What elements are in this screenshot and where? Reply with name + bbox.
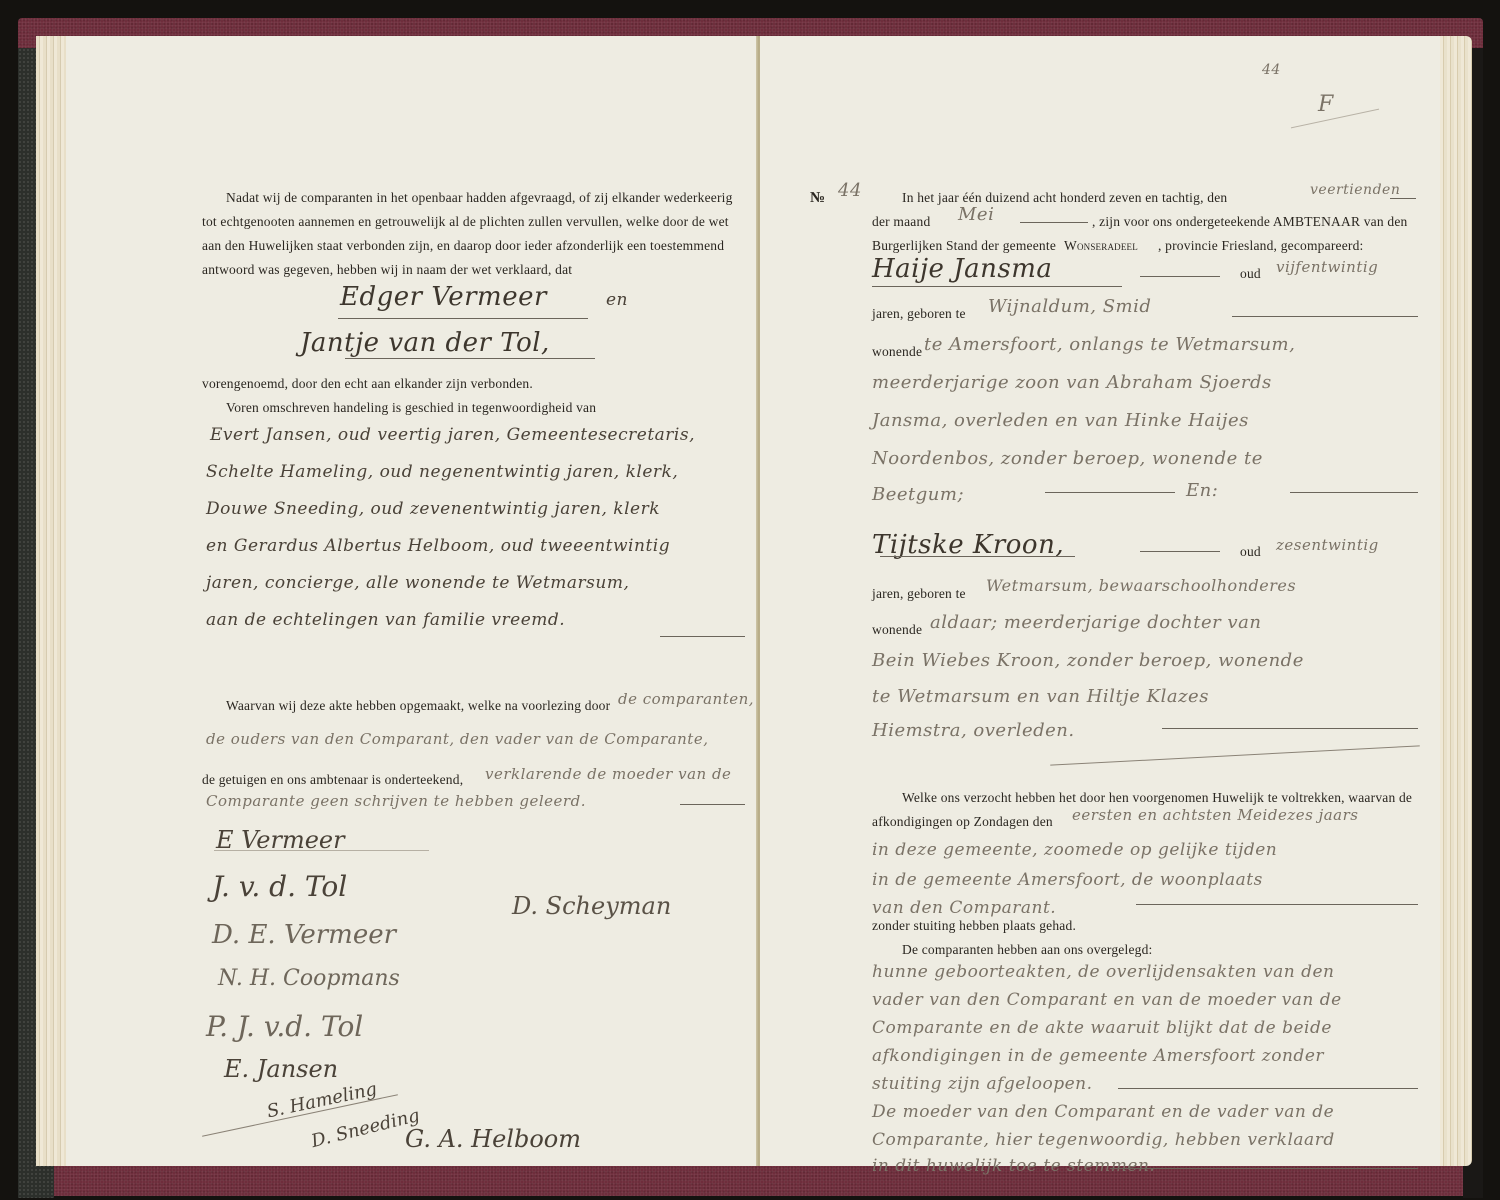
documents-intro: De comparanten hebben aan ons overgelegd… — [902, 938, 1152, 962]
page-stack-left — [36, 36, 66, 1166]
document-end-rule — [1118, 1088, 1418, 1089]
signature: E. Jansen — [224, 1055, 338, 1083]
groom-living-label: wonende — [872, 340, 922, 364]
groom-name-underline — [338, 318, 588, 319]
groom-details-rule — [1045, 492, 1175, 493]
groom-name-right: Haije Jansma — [872, 254, 1052, 284]
banns-line: in de gemeente Amersfoort, de woonplaats — [872, 870, 1263, 890]
document-line: hunne geboorteakten, de overlijdensakten… — [872, 962, 1334, 982]
signature: N. H. Coopmans — [218, 966, 400, 991]
banns-line: eersten en achtsten Meidezes jaars — [1072, 806, 1359, 824]
bride-details-line: aldaar; meerderjarige dochter van — [930, 612, 1261, 633]
and-rule — [1290, 492, 1418, 493]
groom-born: Wijnaldum, Smid — [988, 296, 1151, 317]
closing-hand-1: de comparanten, — [618, 690, 754, 708]
closing-end-rule — [680, 804, 745, 805]
day-handwritten: veertienden — [1310, 182, 1400, 198]
page-stack-right — [1440, 36, 1472, 1166]
groom-name-underline-right — [872, 286, 1122, 287]
signature: P. J. v.d. Tol — [206, 1010, 363, 1043]
act-number-label: № — [810, 186, 825, 210]
groom-details-line: te Amersfoort, onlangs te Wetmarsum, — [924, 334, 1295, 355]
registrar-signature: D. Scheyman — [512, 892, 671, 920]
intro-line: tot echtgenooten aannemen en getrouwelij… — [202, 210, 729, 234]
document-line: Comparante en de akte waaruit blijkt dat… — [872, 1018, 1332, 1038]
witnesses-intro: Voren omschreven handeling is geschied i… — [226, 396, 596, 420]
witness-line: jaren, concierge, alle wonende te Wetmar… — [206, 573, 629, 593]
signature: G. A. Helboom — [405, 1125, 581, 1153]
bride-living-label: wonende — [872, 618, 922, 642]
witness-line: aan de echtelingen van familie vreemd. — [206, 610, 565, 630]
groom-details-line: meerderjarige zoon van Abraham Sjoerds — [872, 372, 1272, 393]
groom-details-line: Noordenbos, zonder beroep, wonende te — [872, 448, 1263, 469]
document-line: Comparante, hier tegenwoordig, hebben ve… — [872, 1130, 1335, 1150]
closing-hand-4: Comparante geen schrijven te hebben gele… — [206, 792, 586, 810]
bride-details-line: Bein Wiebes Kroon, zonder beroep, wonend… — [872, 650, 1304, 671]
act-number: 44 — [838, 180, 862, 201]
day-rule — [1390, 198, 1416, 199]
groom-conjunction: en — [606, 290, 628, 310]
groom-details-line: Beetgum; — [872, 484, 964, 505]
bride-details-line: Hiemstra, overleden. — [872, 720, 1075, 741]
municipality-line-b: , provincie Friesland, gecompareerd: — [1158, 234, 1364, 258]
document-line: vader van den Comparant en van de moeder… — [872, 990, 1342, 1010]
month-handwritten: Mei — [958, 204, 994, 225]
closing-hand-3: verklarende de moeder van de — [485, 765, 731, 783]
groom-age-label: oud — [1240, 262, 1261, 286]
banns-end-rule — [1136, 904, 1418, 905]
date-line-printed: In het jaar één duizend acht honderd zev… — [902, 186, 1227, 210]
and-conjunction: En: — [1186, 480, 1218, 501]
bride-born: Wetmarsum, bewaarschoolhonderes — [986, 576, 1296, 595]
groom-name: Edger Vermeer — [340, 282, 547, 312]
signature: D. E. Vermeer — [212, 920, 396, 950]
signature: J. v. d. Tol — [212, 870, 347, 903]
bride-born-label: jaren, geboren te — [872, 582, 966, 606]
registrar-line-printed: , zijn voor ons ondergeteekende AMBTENAA… — [1092, 210, 1408, 234]
joined-statement: vorengenoemd, door den echt aan elkander… — [202, 372, 533, 396]
groom-fill-rule — [1140, 276, 1220, 277]
folio-mark: F — [1318, 92, 1334, 117]
document-line: in dit huwelijk toe te stemmen. — [872, 1156, 1155, 1176]
document-line: afkondigingen in de gemeente Amersfoort … — [872, 1046, 1324, 1066]
groom-born-rule — [1232, 316, 1418, 317]
banns-line: in deze gemeente, zoomede op gelijke tij… — [872, 840, 1277, 860]
banns-label: afkondigingen op Zondagen den — [872, 810, 1053, 834]
document-final-rule — [1110, 1168, 1418, 1169]
groom-details-line: Jansma, overleden en van Hinke Haijes — [872, 410, 1249, 431]
closing-printed-1: Waarvan wij deze akte hebben opgemaakt, … — [226, 694, 610, 718]
signature-underline — [214, 850, 429, 851]
no-objection-line: zonder stuiting hebben plaats gehad. — [872, 914, 1076, 938]
month-label: der maand — [872, 210, 930, 234]
intro-line: aan den Huwelijken staat verbonden zijn,… — [202, 234, 724, 258]
bride-details-rule — [1162, 728, 1418, 729]
bride-age: zesentwintig — [1276, 536, 1379, 554]
intro-line: Nadat wij de comparanten in het openbaar… — [226, 186, 733, 210]
bride-age-label: oud — [1240, 540, 1261, 564]
bride-fill-rule — [1140, 551, 1220, 552]
bride-name-underline-right — [880, 556, 1075, 557]
witness-line: Evert Jansen, oud veertig jaren, Gemeent… — [210, 425, 695, 445]
municipality-name: Wonseradeel — [1064, 234, 1138, 258]
witness-end-rule — [660, 636, 745, 637]
witness-line: en Gerardus Albertus Helboom, oud tweeen… — [206, 536, 670, 556]
groom-age: vijfentwintig — [1276, 258, 1378, 276]
closing-hand-2: de ouders van den Comparant, den vader v… — [206, 730, 708, 748]
groom-born-label: jaren, geboren te — [872, 302, 966, 326]
bride-details-line: te Wetmarsum en van Hiltje Klazes — [872, 686, 1209, 707]
bride-name: Jantje van der Tol, — [300, 328, 550, 358]
folio-number: 44 — [1262, 62, 1281, 78]
document-line: De moeder van den Comparant en de vader … — [872, 1102, 1334, 1122]
intro-line: antwoord was gegeven, hebben wij in naam… — [202, 258, 572, 282]
document-line: stuiting zijn afgeloopen. — [872, 1074, 1093, 1094]
closing-printed-2: de getuigen en ons ambtenaar is ondertee… — [202, 768, 463, 792]
month-rule — [1020, 222, 1088, 223]
bride-name-underline — [345, 358, 595, 359]
witness-line: Schelte Hameling, oud negenentwintig jar… — [206, 462, 678, 482]
witness-line: Douwe Sneeding, oud zevenentwintig jaren… — [206, 499, 660, 519]
